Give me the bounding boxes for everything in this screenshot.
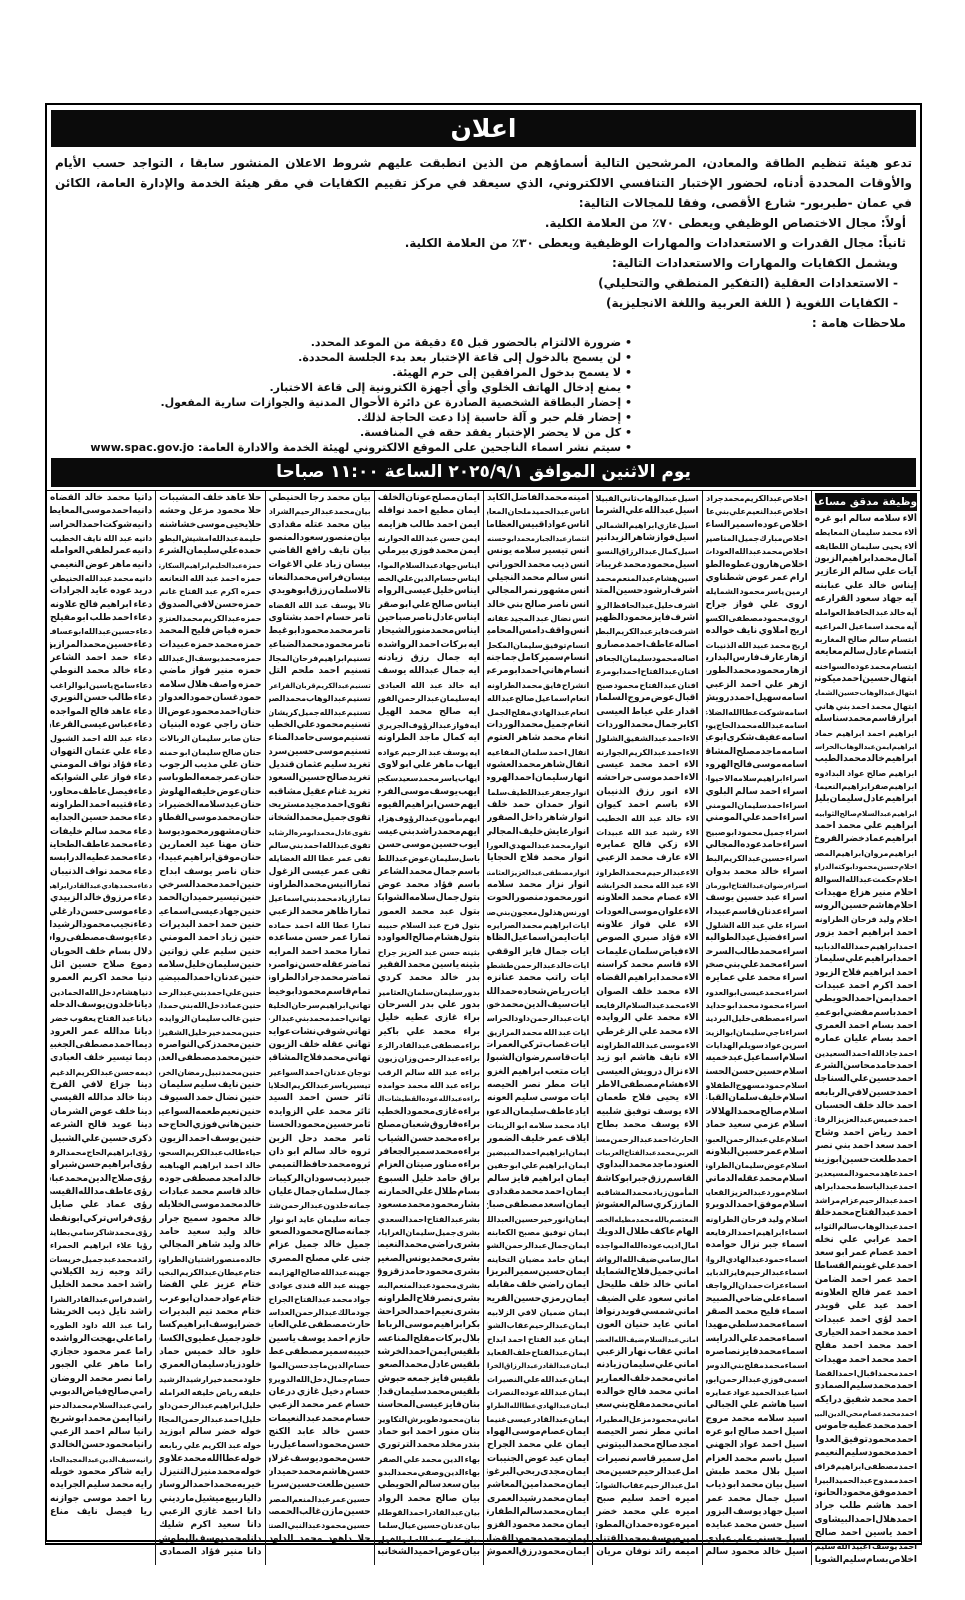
candidate-name: ابراهيمايمنعبدالوهابالحراسيس	[815, 740, 917, 753]
candidate-name: انوارعايشخليفالمجالي	[487, 826, 589, 839]
candidate-name: ألاءمحمدسليمانالمعايطه	[815, 526, 917, 539]
candidate-name: ايمانعبدالرحيمعقابالشوابكه	[487, 1319, 589, 1332]
candidate-name: بيانعليعبداللهابوالفول	[378, 1533, 480, 1546]
candidate-name: احلاممنيرهزاعمهيدات	[815, 887, 917, 900]
candidate-name: انوارمصطفىعبدالعزيزالعثامنه	[487, 866, 589, 879]
candidate-name: ايماناحمدمحمدمقدادى	[487, 1186, 589, 1199]
candidate-name: براءمحمدعليباكير	[378, 1026, 480, 1039]
candidate-name: دعاءقتيبهاحمدالطراونه	[50, 799, 152, 812]
candidate-name: انوارنزارمحمدسلامه	[487, 879, 589, 892]
candidate-name: ايمانعبدالفتاحخلفالقعايده	[487, 1346, 589, 1359]
candidate-name: ايمانعبدالفتاحاحمدابداح	[487, 1333, 589, 1346]
candidate-name: احمدبسامعليانعماره	[815, 1033, 917, 1046]
candidate-name: اياتمتعبابراهيمالغزو	[487, 1066, 589, 1079]
candidate-name: حنانعمرجمعهالطوباسي	[159, 772, 261, 785]
candidate-name: ايمانعيدعوضالجنيبات	[487, 1453, 589, 1466]
candidate-name: ايمناحمدطالبهزايمه	[378, 519, 480, 532]
candidate-name: رانياايمنمحمدابوشريخ	[50, 1413, 152, 1426]
name-column: وظيفة مدقق مساعدألاءسلامهسالمابوغرهألاءم…	[811, 491, 920, 1565]
candidate-name: اسيلجمالمحمدعمر	[706, 1493, 808, 1506]
candidate-name: ابراهيمخالدمحمدالطيب	[815, 753, 917, 766]
candidate-name: امجدصالحمحمدالبيتوني	[596, 1439, 698, 1452]
candidate-name: ثائرحسناحمدالسيد	[269, 1092, 371, 1105]
candidate-name: جوادمحمدعبدالفتاحالجراح	[269, 1293, 371, 1306]
candidate-name: حمزهمحمدحمزهعبيدات	[159, 639, 261, 652]
candidate-name: دعاءموسىحسندارغلي	[50, 906, 152, 919]
candidate-name: الاءفياضسلمانعليمات	[596, 946, 698, 959]
candidate-name: بياننايفرافعالقاضي	[269, 545, 371, 558]
dash-item-mental: - الاستعدادات العقلية (التفكير المنطقي و…	[55, 273, 912, 293]
candidate-name: حياءطالبعبدالكريمالسحوم	[159, 1146, 261, 1159]
candidate-name: خليلابراهيمعبدالرحمنداود	[159, 1399, 261, 1412]
candidate-name: خليلاحمدعبدالرحمنالمجالي	[159, 1413, 261, 1426]
candidate-name: تمارازيادمحمدبنياسماعيل	[269, 892, 371, 905]
candidate-name: دعاءمحمدهاديعبدالقادرابراهيم	[50, 879, 152, 892]
candidate-name: اصالهمحمودسليمانالجعافره	[596, 652, 698, 665]
candidate-name: خلودمحمدخيرارشيدالرشيدات	[159, 1373, 261, 1386]
candidate-name: بدرخالدمحمدكردي	[378, 972, 480, 985]
candidate-name: اشرفخليلعبدالحافظالزواهره	[596, 599, 698, 612]
candidate-name: ختامعزيزعليالفضا	[159, 1279, 261, 1292]
candidate-name: انسسالممحمدالنجيلي	[487, 572, 589, 585]
candidate-name: اسلامعليعبدالرحمنالعبوس	[706, 1133, 808, 1146]
candidate-name: حمزهحسنلافيالصدوق	[159, 599, 261, 612]
candidate-name: ازهارمحمودمحمدالطوره	[706, 665, 808, 678]
candidate-name: ديناخلفعوضالشرمان	[50, 1106, 152, 1119]
candidate-name: دعاءمحمدنوافالذنيبان	[50, 866, 152, 879]
candidate-name: بكرابراهيمموسىالرباطي	[378, 1319, 480, 1332]
candidate-name: آياتعليسالمالزعازير	[815, 566, 917, 579]
first-criterion: أولاً: مجال الاختصاص الوظيفي ويعطى ٧٠٪ م…	[55, 213, 912, 233]
candidate-name: ايمانحسينسميرالبريزات	[487, 1266, 589, 1279]
candidate-name: ايهجمالرزقزيادنه	[378, 652, 480, 665]
candidate-name: احمدابراهيمعليسليمان	[815, 953, 917, 966]
candidate-name: حنينمحمدنبيلرمضانالخريشه	[159, 1066, 261, 1079]
candidate-name: الاءعلوانموسىالعودات	[596, 906, 698, 919]
candidate-name: اسراءمحمودمحمدابوحدايد	[706, 999, 808, 1012]
candidate-name: خولهعبدالكريمعليربابعه	[159, 1439, 261, 1452]
candidate-name: دعاءمحمدعاطفالطحاينه	[50, 839, 152, 852]
candidate-name: اورنسهذلولمعجونبنيصخر	[487, 906, 589, 919]
candidate-name: حسينطلعتحسينسريل	[269, 1479, 371, 1492]
candidate-name: ايناسحسامالدينعليالخصاونه	[378, 572, 480, 585]
candidate-name: اشرقتفايزعبدالكريمالبطوش	[596, 625, 698, 638]
candidate-name: رؤىعاطفمداللهالقيسي	[50, 1186, 152, 1199]
candidate-name: دموعصلاححسيناثل	[50, 959, 152, 972]
candidate-name: دعاءاحمدطلبابومفيلح	[50, 612, 152, 625]
candidate-name: بدورعليبدرالسرحان	[378, 999, 480, 1012]
candidate-name: اياتعبدالرحمنداودالحراسيس	[487, 1012, 589, 1025]
candidate-name: ايمانابراهيمعليابوجفين	[487, 1159, 589, 1172]
candidate-name: ثامرحسينمحمودالحسنات	[269, 1119, 371, 1132]
candidate-name: ايهجمالعبداللهيوسف	[378, 665, 480, 678]
candidate-name: ايمانعبدالقادرعبدالرزاقالخرابشه	[487, 1359, 589, 1372]
candidate-name: حنانصابرسليمانالربالات	[159, 732, 261, 745]
candidate-name: الاءاحمدعبدالكريمالجوارنه	[596, 746, 698, 759]
candidate-name: انستيسيرسلامهيونس	[487, 545, 589, 558]
candidate-name: تسنيمعبدالكريمقربانالفراعره	[269, 679, 371, 692]
candidate-name: حنينمحمدمصطفىالعدوان	[159, 1052, 261, 1065]
candidate-name: ايمنحسنعبداللهالحوارنه	[378, 532, 480, 545]
second-criterion: ثانياً: مجال القدرات و الاستعدادات والمه…	[55, 233, 912, 253]
candidate-name: اسماءجبرنزالحوامده	[706, 1239, 808, 1252]
candidate-name: اسلامعوضسليمانالطراونه	[706, 1159, 808, 1172]
candidate-name: دانيهماهرعوضالنعيمي	[50, 559, 152, 572]
candidate-name: احمدخميسعبدالعزيزالرفاعي	[815, 1113, 917, 1126]
candidate-name: خالدقاسممحمدعبادات	[159, 1186, 261, 1199]
candidate-name: اسياعبدالحميدعوادعمايره	[706, 1386, 808, 1399]
candidate-name: دعاءخالدمحمدالنوطي	[50, 665, 152, 678]
candidate-name: اسامهسهيلاحمددرويش	[706, 692, 808, 705]
candidate-name: دانيهمحمدعبداللهالحنيطي	[50, 572, 152, 585]
candidate-name: ايمانجمالعبدالرحمنالشويكي	[487, 1239, 589, 1252]
candidate-name: اسلاماسماعيلعبدخميس	[706, 1052, 808, 1065]
candidate-name: بهاءالدينمحمدعليالصقر	[378, 1453, 480, 1466]
candidate-name: داناسعيداكرمشليك	[159, 1519, 261, 1532]
candidate-name: اسيلعبداللهعليالشرمان	[596, 505, 698, 518]
candidate-name: تسنيمموسىحامدالمناعسه	[269, 732, 371, 745]
candidate-name: حنانعيدسلامهالخضيرات	[159, 799, 261, 812]
candidate-name: ايهكمالماجدالطراونه	[378, 732, 480, 745]
candidate-name: اسراءابراهيمسلامهالاحيوات	[706, 772, 808, 785]
candidate-name: خلودجميلعطيوىالكساسبه	[159, 1333, 261, 1346]
candidate-name: جمانهخلدونعبدالرحمنشتات	[269, 1199, 371, 1212]
candidate-name: احمدياسيناحمدصالح	[815, 1527, 917, 1540]
candidate-name: حسنهاشممحمدحميدان	[269, 1466, 371, 1479]
candidate-name: جمالسلمانجمالعليان	[269, 1186, 371, 1199]
candidate-name: ثروهمحمدحافظالتميمي	[269, 1159, 371, 1172]
candidate-name: ختامعوادحمدانابوعرب	[159, 1293, 261, 1306]
candidate-name: بيسانفراسمحمدالنعانعه	[269, 572, 371, 585]
candidate-name: احمدعصامعمرابوسعد	[815, 1247, 917, 1260]
candidate-name: رائدوجيهزيدالكيلاني	[50, 1266, 152, 1279]
candidate-name: حنينعلياحمدبنيعبدالرحمن	[159, 986, 261, 999]
candidate-name: بدورسليمانسلمانالعثامين	[378, 986, 480, 999]
candidate-name: ايمانمحمدامينالمعاشي	[487, 1479, 589, 1492]
candidate-name: حنينحمداحمدالبديرات	[159, 919, 261, 932]
candidate-name: بيانعوضاحميدالشخانبه	[378, 1546, 480, 1559]
candidate-name: براءهعبداللهمحمدحوامده	[378, 1079, 480, 1092]
candidate-name: بلقيسمحمدسليمانقداح	[378, 1386, 480, 1399]
candidate-name: احمدعيدعليقويدر	[815, 1300, 917, 1313]
candidate-name: اخلاصمباركجميلالمناصير	[706, 532, 808, 545]
candidate-name: اسراءحامدعودهالمجالي	[706, 839, 808, 852]
candidate-name: بشرىمحمديونسالصغير	[378, 1253, 480, 1266]
candidate-name: ايمنمحمدفوزيبيرملي	[378, 545, 480, 558]
candidate-name: حمزهاكرمعبدالفتاحغانم	[159, 585, 261, 598]
candidate-name: احمدعرابيعلينخله	[815, 1234, 917, 1247]
candidate-name: حنينجهادعيسىاسماعيل	[159, 906, 261, 919]
candidate-name: بشرىنصرفلاحالطراونه	[378, 1293, 480, 1306]
name-column: امينهمحمدالفاضلالكايداناسعبدالحميدملحانا…	[483, 491, 592, 1565]
name-column: حلاعاهدخلفالمشيباتحلامحمودمزعلوحشهحلايحي…	[155, 491, 264, 1565]
candidate-name: امانيعليسليمانزيادنه	[596, 1359, 698, 1372]
candidate-name: احمدابراهيمفلاحالزيود	[815, 967, 917, 980]
candidate-name: رايهمحمدسليمالجرايده	[50, 1479, 152, 1492]
candidate-name: اسماءمحمدفايزنصاصره	[706, 1346, 808, 1359]
candidate-name: رؤىفراستركيابونقطه	[50, 1213, 152, 1226]
candidate-name: خالدمحمودسميحجرار	[159, 1213, 261, 1226]
candidate-name: اسراءفضيلعيدالطوالبه	[706, 932, 808, 945]
candidate-name: ايناسعادلناصرصباحين	[378, 612, 480, 625]
candidate-name: ثائرمحمدعليالزوايده	[269, 1106, 371, 1119]
candidate-name: ألاءيحيىسليماناللطايفه	[815, 540, 917, 553]
candidate-name: انفالاحمدسلمانالمفاعيه	[487, 746, 589, 759]
candidate-name: ابراهيمعليمحمداحمد	[815, 820, 917, 833]
candidate-name: ختامعيطانعبدالكريمالبخيت	[159, 1266, 261, 1279]
candidate-name: احمدباسممفضيابوعمير	[815, 1007, 917, 1020]
name-column: اسيلعبدالوهابثانيالقبيلاتاسيلعبداللهعليا…	[592, 491, 701, 1565]
candidate-name: اسيلباسممحمدالعزام	[706, 1453, 808, 1466]
candidate-name: انسواقفدامسالمحاميد	[487, 625, 589, 638]
candidate-name: جنىعليمصلحالمصري	[269, 1253, 371, 1266]
candidate-name: براقحامدخليلالسبوع	[378, 1173, 480, 1186]
candidate-name: ايمانابراهيمفايزسالم	[487, 1173, 589, 1186]
candidate-name: احمدرياضاحمدوشاح	[815, 1127, 917, 1140]
candidate-name: اميرهعودهحمدانالمطوي	[596, 1519, 698, 1532]
candidate-name: حنانمهناعيدالعمارين	[159, 839, 261, 852]
candidate-name: اياتابراهيممحمدالصرايره	[487, 919, 589, 932]
candidate-name: انغامجميلمحمدالوردات	[487, 719, 589, 732]
candidate-name: دعاءعاهدفالحالمواجده	[50, 706, 152, 719]
candidate-name: ايمانعبداللهعودهالنصرات	[487, 1386, 589, 1399]
candidate-name: تسنيمعبداللهجميلكريشان	[269, 706, 371, 719]
candidate-name: اياتجمالفايزالوقفي	[487, 946, 589, 959]
candidate-name: تهانيابراهيمسرحانالخليفات	[269, 999, 371, 1012]
candidate-name: حسينمحمودعبدالنبيالصنفات	[269, 1519, 371, 1532]
candidate-name: اخلاصعبدالنعيمعليبنيعامر	[706, 505, 808, 518]
candidate-name: اسيلغازيابراهيمالشمالي	[596, 519, 698, 532]
candidate-name: دعاءمرزوقخالدالزبيدي	[50, 892, 152, 905]
candidate-name: حناناحمدمحمودعوضالله	[159, 706, 261, 719]
candidate-name: اسراءرضوانعبدالفتاحابورمان	[706, 879, 808, 892]
candidate-name: بشرىراضيمحمدالنعيمات	[378, 1239, 480, 1252]
candidate-name: تقىعمرعطااللهالغضايله	[269, 852, 371, 865]
candidate-name: المعتصمباللهمحمدمطيلهالخصبه	[596, 1213, 698, 1226]
candidate-name: اسلامعمرحسينالبلاونه	[706, 1146, 808, 1159]
candidate-name: ابتسامسالمصالحالمغاربه	[815, 633, 917, 646]
candidate-name: براءهعبدالرحمنوزانزيون	[378, 1052, 480, 1065]
candidate-name: حنانصالحسليمانابوحمنه	[159, 746, 261, 759]
candidate-name: انشراحفايقمحمدالطراونه	[487, 679, 589, 692]
candidate-name: الهامعاكفطلالالدويك	[596, 1226, 698, 1239]
candidate-name: اروىعليفوازجراح	[706, 599, 808, 612]
candidate-name: توجانعدناناحمدالسواعير	[269, 1066, 371, 1079]
candidate-name: بشرىمحمودعبدالمنعمالبستنجي	[378, 1279, 480, 1292]
candidate-name: انورمحمودمنصورالحوت	[487, 892, 589, 905]
candidate-name: ايمانتوفيقمصبحالكعابنه	[487, 1226, 589, 1239]
candidate-name: امانيخالدخلفطليحل	[596, 1279, 698, 1292]
candidate-name: اسماءعليضاحيالصبيحات	[706, 1293, 808, 1306]
candidate-name: بثينهحسنعبدالعزيزجراح	[378, 946, 480, 959]
candidate-name: بتولعبدمحمدالعمور	[378, 906, 480, 919]
candidate-name: احمديوسفاعبيداللهسليم	[815, 1540, 917, 1553]
candidate-name: حلايحيىموسىخشاشنه	[159, 519, 261, 532]
candidate-name: رؤىصلاحالدينمحمدعباس	[50, 1173, 152, 1186]
candidate-name: حمودغسانحمودالعدوان	[159, 692, 261, 705]
candidate-name: ايمانمحمدمحمودالقضاه	[487, 1533, 589, 1546]
candidate-name: دانااحمدغازيالزعبي	[159, 1506, 261, 1519]
candidate-name: ايمانراضيخلفمقابله	[487, 1279, 589, 1292]
candidate-name: احمدمحمودتوفيقالعدوان	[815, 1434, 917, 1447]
candidate-name: براءهعبداللهسالمالرقب	[378, 1066, 480, 1079]
candidate-name: تيسيرياسرعبدالكريمالخلايله	[269, 1079, 371, 1092]
candidate-name: اسلاموليدفرحانالطراونه	[706, 1213, 808, 1226]
candidate-name: حمزهاحمدعبداللهالنعانعه	[159, 572, 261, 585]
candidate-name: دعاءمحمدحسينالجدايه	[50, 812, 152, 825]
candidate-name: ايمانعبداللهعليالنصيرات	[487, 1373, 589, 1386]
candidate-name: بيانمحمدعتلهمقدادى	[269, 519, 371, 532]
candidate-name: ديمااحمدمصطفىالجغبير	[50, 1039, 152, 1052]
candidate-name: احمدعاهدمحمودالمسيعدين	[815, 1167, 917, 1180]
candidate-name: بيانعدنانحسينعيالسلمان	[378, 1519, 480, 1532]
candidate-name: ديماتيسيرخلفالعبادى	[50, 1052, 152, 1065]
candidate-name: تسنيمابراهيمفرحانالمجالي	[269, 652, 371, 665]
candidate-name: احمدابراهيماحمدبزور	[815, 927, 917, 940]
candidate-name: حسنخالدعابدالكنج	[269, 1426, 371, 1439]
candidate-name: بتولهشامصالحالعواوده	[378, 932, 480, 945]
candidate-name: ايلافعمرخليفالضمور	[487, 1133, 589, 1146]
candidate-name: احمدعبدالباسطمحمدابراهيم	[815, 1180, 917, 1193]
candidate-name: رانياسالماحمدالزعبي	[50, 1426, 152, 1439]
candidate-name: ايمانعبدالهاديعطااللهالطراونه	[487, 1399, 589, 1412]
candidate-name: راميصالحفياضالدبوبي	[50, 1386, 152, 1399]
candidate-name: حنينمحمدخيرخليلالشقيرات	[159, 1026, 261, 1039]
candidate-name: املعبدالرحيمحسينمحمد	[596, 1466, 698, 1479]
candidate-name: ايمانمحمدرشيدالعمرى	[487, 1493, 589, 1506]
intro-paragraph: تدعو هيئة تنظيم الطاقة والمعادن، المرشحي…	[55, 153, 912, 213]
candidate-name: خولهخضرسالمابوزيد	[159, 1426, 261, 1439]
candidate-name: اسماءابراهيماحمدالرفايعه	[706, 1226, 808, 1239]
candidate-name: الاءموسىعبداللهالطراونه	[596, 1039, 698, 1052]
candidate-name: تهانيشوقينشاتعوايصه	[269, 1026, 371, 1039]
candidate-name: احمدعبدالوهابسالمالثوابيه	[815, 1220, 917, 1233]
candidate-name: دعاءعليعثمانالتهوان	[50, 746, 152, 759]
candidate-name: حليمةعبداللهامشيشالبطوينه	[159, 532, 261, 545]
candidate-name: ألاءسلامهسالمابوغره	[815, 513, 917, 526]
candidate-name: اسراءمصطفىخليلالبرديني	[706, 1012, 808, 1025]
candidate-name: ازهارعارففارسالبدارين	[706, 652, 808, 665]
candidate-name: ايناسمحمدمنورالشيحان	[378, 625, 480, 638]
candidate-name: اياتقاسمرضوانالشبول	[487, 1052, 589, 1065]
candidate-name: تماراانيسمحمدالطراونه	[269, 879, 371, 892]
candidate-name: اسيدسلامهمحمدمروج	[706, 1413, 808, 1426]
candidate-name: امانيعبدالسلامضيفاللهالعضيلات	[596, 1333, 698, 1346]
candidate-name: ابراهيماحمدابراهيمحماد	[815, 727, 917, 740]
candidate-name: ارمينياسرمحمودالشمايله	[706, 585, 808, 598]
candidate-name: اسراءجميلمحمودابوصبيح	[706, 826, 808, 839]
candidate-name: اسراءاحمدسليمانالمومني	[706, 799, 808, 812]
candidate-name: انسامهانياحمدابومرعي	[487, 665, 589, 678]
candidate-name: راشدنايلذيبالخريشا	[50, 1306, 152, 1319]
candidate-name: احمدمحمداحمدمهيدات	[815, 1354, 917, 1367]
candidate-name: آيهخالدعبدالحافظالعوامله	[815, 606, 917, 619]
candidate-name: ديناخالدمداللهالقيسي	[50, 1092, 152, 1105]
candidate-name: ايمانانورخيرحسينالعبدالله	[487, 1213, 589, 1226]
candidate-name: العربيمحمدعبدالفتاحالعربيات	[596, 1146, 698, 1159]
candidate-name: اسيلاحمدعوادالجهني	[706, 1439, 808, 1452]
candidate-name: جمانهصالحمحمودالصعوب	[269, 1226, 371, 1239]
candidate-name: ريافيصلنايفمناع	[50, 1506, 152, 1519]
candidate-name: بتولجمالسلامهالشوابكه	[378, 892, 480, 905]
candidate-name: اسراءاحمدسالمالبلوي	[706, 786, 808, 799]
candidate-name: احمدعليغوينمالقساطله	[815, 1260, 917, 1273]
candidate-name: اسلامموفقاحمدالدويري	[706, 1199, 808, 1212]
candidate-name: تقوىعادلمحمدابومرهالرشايده	[269, 826, 371, 839]
candidate-name: اياتغصابتركيالعمرات	[487, 1039, 589, 1052]
candidate-name: تمارامحمداحمدالمرايه	[269, 946, 371, 959]
candidate-name: تهانيعقلهخلفالزيون	[269, 1039, 371, 1052]
candidate-name: تغريدسليمعثمانقنديل	[269, 759, 371, 772]
candidate-name: دعاءحسينعبداللهابوعساف	[50, 625, 152, 638]
dash-item-language: - الكفايات اللغوية ( اللغة العربية واللغ…	[55, 293, 912, 313]
candidate-name: اناسعبدالحميدملحانالمعايطه	[487, 505, 589, 518]
candidate-name: تمامقاسممحمودابوخيط	[269, 986, 371, 999]
candidate-name: احلاموليدفرحانالطراونه	[815, 913, 917, 926]
candidate-name: خيريهمحمداحمدالروسان	[159, 1479, 261, 1492]
candidate-name: اياتراتبمحمدعنانزه	[487, 972, 589, 985]
candidate-name: انوارحمدانحمدخلف	[487, 799, 589, 812]
candidate-name: احمدمحمودسليمالنعيمي	[815, 1447, 917, 1460]
candidate-name: بشرىنعيماحمدالحراحشه	[378, 1306, 480, 1319]
document-frame: اعلان تدعو هيئة تنظيم الطاقة والمعادن، ا…	[45, 103, 922, 1545]
candidate-name: حسامدخيلغازيدرعان	[269, 1386, 371, 1399]
candidate-name: راشداحمدمحمدالخليل	[50, 1279, 152, 1292]
candidate-name: الاءمحمدخلفالصوان	[596, 986, 698, 999]
candidate-name: ايمانابراهيماحمدالمبيضين	[487, 1146, 589, 1159]
candidate-name: دانيهعبداللهنايفالخطيب	[50, 532, 152, 545]
candidate-name: دعاءحسينمحمدالمرازيق	[50, 639, 152, 652]
candidate-name: امانيجميلفلاحالشمايله	[596, 1266, 698, 1279]
candidate-name: احمدحامدمحاسنالشرعه	[815, 1060, 917, 1073]
candidate-name: بلقيسايمناحمدالخرشه	[378, 1346, 480, 1359]
candidate-name: بنانفايزعيسىالمحاسنه	[378, 1399, 480, 1412]
candidate-name: العنودماجدمحمدالبداوي	[596, 1159, 698, 1172]
candidate-name: دالياربيعميشيلمارديني	[159, 1493, 261, 1506]
candidate-name: احمدجاداللهاحمدالسعيدين	[815, 1047, 917, 1060]
candidate-name: امانيعقابنهارالزعبي	[596, 1346, 698, 1359]
candidate-name: الاءاحمدعبدالشفيقالشلول	[596, 732, 698, 745]
note-item: إحضار البطاقة الشخصية الصادرة عن دائرة ا…	[47, 395, 632, 410]
candidate-name: دانيهشوكتاحمدالحراسيس	[50, 519, 152, 532]
candidate-name: احمدخالدخلفالحسبان	[815, 1100, 917, 1113]
candidate-name: اسيلحسنيعليعبادي	[706, 1533, 808, 1546]
candidate-name: اروىمحمودمصطفىالكسواني	[706, 612, 808, 625]
candidate-name: الاءمحمدابراهيمالقضاه	[596, 972, 698, 985]
candidate-name: حنينغالبسليمانالزوايده	[159, 1012, 261, 1025]
name-column: بيانمحمدرجاالحنيطيبيانمحمدعبدالرحيمالشرا…	[265, 491, 374, 1565]
note-item: سيتم نشر اسماء الناجحين على الموقع الالك…	[47, 440, 632, 455]
candidate-name: اياتايمناسماعيلالظاهر	[487, 932, 589, 945]
candidate-name: بنانمنوراحمدابوحماد	[378, 1426, 480, 1439]
candidate-name: دعاءمحمدسالمخليفات	[50, 826, 152, 839]
candidate-name: حسامعمرمحمدالزعبي	[269, 1399, 371, 1412]
candidate-name: اشرففايزمحمودالظهيرات	[596, 612, 698, 625]
candidate-name: ايمانمصلحعونانالخلف	[378, 492, 480, 505]
candidate-name: احمداكرماحمدعبيدات	[815, 980, 917, 993]
candidate-name: ايهممحمدراشدبنيعيسى	[378, 826, 480, 839]
candidate-name: بتولفرحعبدالسلامحبيبه	[378, 919, 480, 932]
candidate-name: ايمانمجدىربحيالبرغوثي	[487, 1466, 589, 1479]
candidate-name: حنينهانيفوزيالحاجحمد	[159, 1119, 261, 1132]
candidate-name: ايهابماهرعليابولاوى	[378, 759, 480, 772]
candidate-name: اخلاصعودهاسميرالساعيد	[706, 519, 808, 532]
candidate-name: اكابرجمالمحمدالوردات	[596, 719, 698, 732]
candidate-name: ابتسامعادلسالممعايعه	[815, 646, 917, 659]
candidate-name: اسراءمحمدطالبالسرحان	[706, 946, 808, 959]
candidate-name: آيهجهادسعودالقرارعه	[815, 593, 917, 606]
candidate-name: اسيلحسنمحمدعبايده	[706, 1519, 808, 1532]
